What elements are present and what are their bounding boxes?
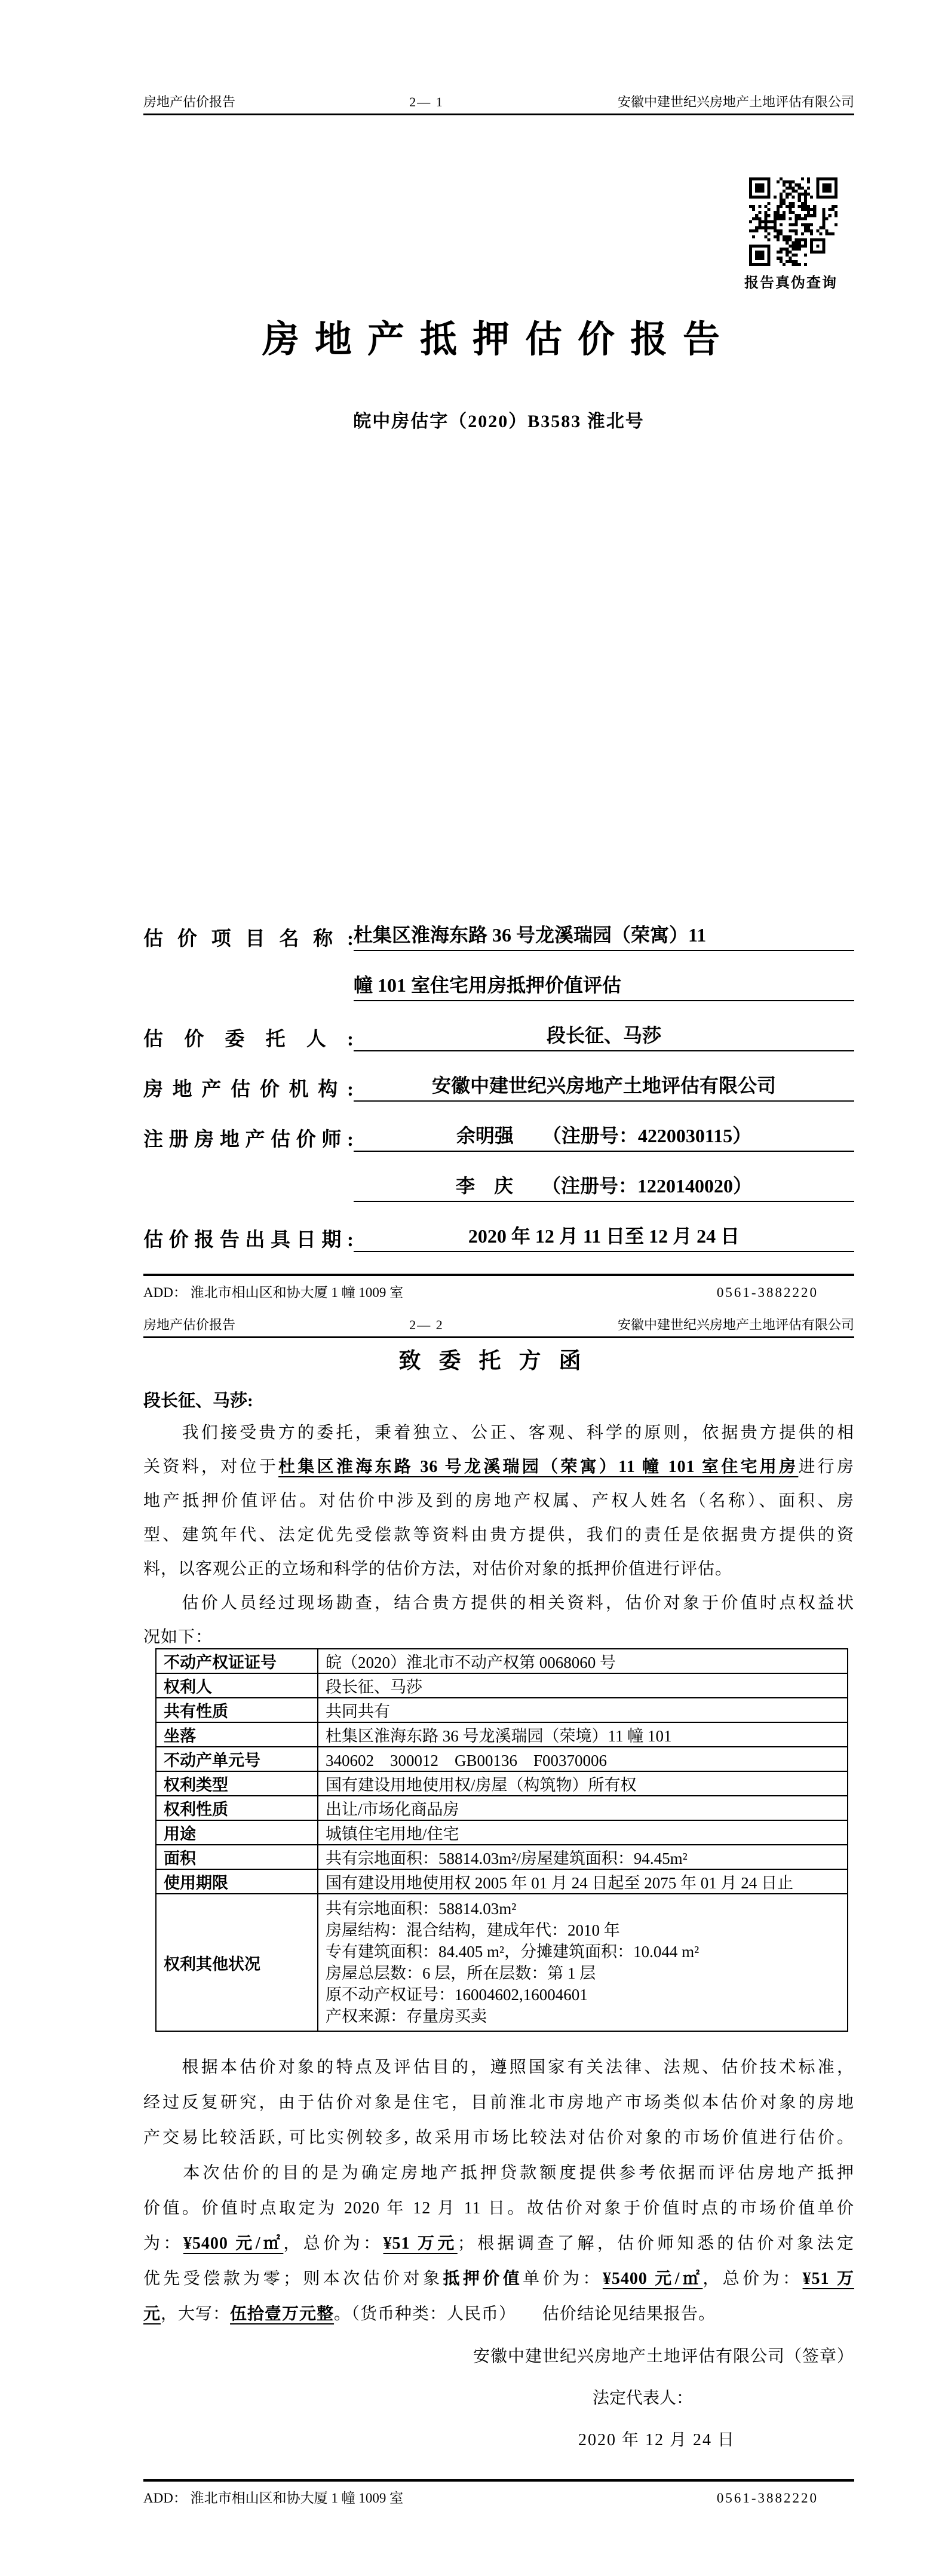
text-segment: 抵押价值 — [443, 2270, 523, 2288]
text-segment: ；根据调查了解，估价师知悉的估价对象法定 — [458, 2234, 854, 2253]
project-value-line2: 幢 101 室住宅用房抵押价值评估 — [354, 970, 854, 1001]
report-document: 房地产估价报告 2— 1 安徽中建世纪兴房地产土地评估有限公司 报告真伪查询 房… — [0, 0, 948, 2576]
letter-title: 致委托方函 — [143, 1349, 854, 1374]
row-value: 杜集区淮海东路 36 号龙溪瑞园（荣境）11 幢 101 — [318, 1722, 848, 1747]
agency-value: 安徽中建世纪兴房地产土地评估有限公司 — [354, 1071, 854, 1102]
text-segment: 伍拾壹万元整 — [230, 2305, 334, 2323]
table-row: 面积 共有宗地面积：58814.03m²/房屋建筑面积：94.45m² — [156, 1845, 848, 1869]
text-segment: ，总价为： — [283, 2234, 383, 2253]
footer-address: ADD： 淮北市相山区和协大厦 1 幢 1009 室 — [143, 1284, 403, 1301]
text-segment: 料，以客观公正的立场和科学的估价方法，对估价对象的抵押价值进行评估。 — [143, 1560, 732, 1578]
header-page-number: 2— 1 — [409, 93, 444, 111]
text-segment: 产交易比较活跃, 可比实例较多, 故采用市场比较法对估价对象的市场价值进行估价。 — [143, 2129, 854, 2147]
page1-header: 房地产估价报告 2— 1 安徽中建世纪兴房地产土地评估有限公司 — [143, 93, 854, 115]
row-label: 权利其他状况 — [156, 1894, 318, 2031]
form-row-appraiser1: 注册房地产估价师: 余明强 （注册号：4220030115） — [143, 1123, 854, 1152]
row-label: 权利类型 — [156, 1771, 318, 1796]
form-row-date: 估价报告出具日期: 2020 年 12 月 11 日至 12 月 24 日 — [143, 1223, 854, 1252]
row-label: 使用期限 — [156, 1869, 318, 1894]
text-segment: 。（货币种类：人民币） 估价结论见结果报告。 — [334, 2305, 716, 2323]
property-rights-table: 不动产权证证号 皖（2020）淮北市不动产权第 0068060 号 权利人 段长… — [155, 1648, 848, 2032]
page1-footer: ADD： 淮北市相山区和协大厦 1 幢 1009 室 0561-3882220 — [143, 1274, 854, 1301]
report-date-value: 2020 年 12 月 11 日至 12 月 24 日 — [354, 1221, 854, 1252]
table-row: 坐落 杜集区淮海东路 36 号龙溪瑞园（荣境）11 幢 101 — [156, 1722, 848, 1747]
project-value-line1: 杜集区淮海东路 36 号龙溪瑞园（荣寓）11 — [354, 920, 854, 951]
text-segment: 根据本估价对象的特点及评估目的，遵照国家有关法律、法规、估价技术标准， — [143, 2058, 854, 2077]
text-segment: ¥51 万 — [803, 2270, 854, 2288]
appraiser-label: 注册房地产估价师: — [143, 1124, 354, 1152]
row-value-multiline: 共有宗地面积：58814.03m²房屋结构：混合结构，建成年代：2010 年专有… — [318, 1894, 848, 2031]
report-date-label: 估价报告出具日期: — [143, 1224, 354, 1252]
text-line: 料，以客观公正的立场和科学的估价方法，对估价对象的抵押价值进行评估。 — [143, 1552, 854, 1586]
table-row-other-rights: 权利其他状况 共有宗地面积：58814.03m²房屋结构：混合结构，建成年代：2… — [156, 1894, 848, 2031]
page-content: 房地产估价报告 2— 1 安徽中建世纪兴房地产土地评估有限公司 报告真伪查询 房… — [143, 0, 854, 2506]
text-line: 房屋结构：混合结构，建成年代：2010 年 — [326, 1919, 840, 1941]
row-label: 共有性质 — [156, 1698, 318, 1722]
text-line: 产交易比较活跃, 可比实例较多, 故采用市场比较法对估价对象的市场价值进行估价。 — [143, 2120, 854, 2155]
row-value: 段长征、马莎 — [318, 1673, 848, 1698]
row-value: 皖（2020）淮北市不动产权第 0068060 号 — [318, 1649, 848, 1673]
row-value: 出让/市场化商品房 — [318, 1796, 848, 1820]
text-line: 产权来源：存量房买卖 — [326, 2005, 840, 2027]
table-row: 不动产单元号 340602 300012 GB00136 F00370006 — [156, 1747, 848, 1771]
text-segment: 经过反复研究，由于估价对象是住宅，目前淮北市房地产市场类似本估价对象的房地 — [143, 2093, 854, 2112]
row-label: 权利人 — [156, 1673, 318, 1698]
table-row: 权利人 段长征、马莎 — [156, 1673, 848, 1698]
row-label: 不动产单元号 — [156, 1747, 318, 1771]
page2-header: 房地产估价报告 2— 2 安徽中建世纪兴房地产土地评估有限公司 — [143, 1316, 854, 1338]
form-row-agency: 房地产估价机构: 安徽中建世纪兴房地产土地评估有限公司 — [143, 1073, 854, 1102]
row-value: 城镇住宅用地/住宅 — [318, 1820, 848, 1845]
agency-label: 房地产估价机构: — [143, 1074, 354, 1102]
text-line: 经过反复研究，由于估价对象是住宅，目前淮北市房地产市场类似本估价对象的房地 — [143, 2085, 854, 2120]
letter-paragraph-2: 根据本估价对象的特点及评估目的，遵照国家有关法律、法规、估价技术标准，经过反复研… — [143, 2050, 854, 2332]
header-company-name: 安徽中建世纪兴房地产土地评估有限公司 — [618, 1316, 854, 1334]
text-segment: ¥51 万元 — [384, 2234, 458, 2253]
text-segment: 关资料，对位于 — [143, 1458, 278, 1476]
text-line: 关资料，对位于杜集区淮海东路 36 号龙溪瑞园（荣寓）11 幢 101 室住宅用… — [143, 1450, 854, 1484]
client-value: 段长征、马莎 — [354, 1020, 854, 1051]
letter-addressee: 段长征、马莎: — [143, 1391, 854, 1411]
row-value: 340602 300012 GB00136 F00370006 — [318, 1747, 848, 1771]
row-value: 国有建设用地使用权/房屋（构筑物）所有权 — [318, 1771, 848, 1796]
text-line: 型、建筑年代、法定优先受偿款等资料由贵方提供，我们的责任是依据贵方提供的资 — [143, 1518, 854, 1552]
report-title: 房地产抵押估价报告 — [143, 319, 854, 361]
signature-date: 2020 年 12 月 24 日 — [578, 2428, 854, 2452]
text-segment: ，总价为： — [702, 2270, 802, 2288]
text-line: 本次估价的目的是为确定房地产抵押贷款额度提供参考依据而评估房地产抵押 — [143, 2155, 854, 2191]
header-page-number: 2— 2 — [409, 1316, 444, 1334]
text-line: 元，大写：伍拾壹万元整。（货币种类：人民币） 估价结论见结果报告。 — [143, 2296, 854, 2332]
row-label: 坐落 — [156, 1722, 318, 1747]
report-number: 皖中房估字（2020）B3583 淮北号 — [143, 406, 854, 433]
table-row: 使用期限 国有建设用地使用权 2005 年 01 月 24 日起至 2075 年… — [156, 1869, 848, 1894]
row-label: 不动产权证证号 — [156, 1649, 318, 1673]
text-segment: 型、建筑年代、法定优先受偿款等资料由贵方提供，我们的责任是依据贵方提供的资 — [143, 1526, 854, 1544]
project-label: 估价项目名称: — [143, 923, 354, 951]
text-segment: 进行房 — [798, 1458, 854, 1476]
text-segment: 本次估价的目的是为确定房地产抵押贷款额度提供参考依据而评估房地产抵押 — [143, 2164, 854, 2182]
text-segment: ¥5400 元/㎡ — [603, 2270, 703, 2288]
text-segment: 价值。价值时点取定为 2020 年 12 月 11 日。故估价对象于价值时点的市… — [143, 2199, 854, 2218]
row-label: 权利性质 — [156, 1796, 318, 1820]
form-row-client: 估价委托人: 段长征、马莎 — [143, 1023, 854, 1051]
row-label: 用途 — [156, 1820, 318, 1845]
text-segment: ，大写： — [161, 2305, 230, 2323]
client-label: 估价委托人: — [143, 1023, 354, 1051]
qr-block: 报告真伪查询 — [143, 177, 837, 292]
text-segment: 况如下： — [143, 1628, 213, 1646]
page2-footer: ADD： 淮北市相山区和协大厦 1 幢 1009 室 0561-3882220 — [143, 2479, 854, 2506]
text-line: 估价人员经过现场勘查，结合贵方提供的相关资料，估价对象于价值时点权益状 — [143, 1586, 854, 1620]
table-row: 不动产权证证号 皖（2020）淮北市不动产权第 0068060 号 — [156, 1649, 848, 1673]
appraiser2-value: 李 庆 （注册号：1220140020） — [354, 1171, 854, 1202]
text-segment: 为： — [143, 2234, 183, 2253]
appraiser1-value: 余明强 （注册号：4220030115） — [354, 1121, 854, 1152]
text-line: 根据本估价对象的特点及评估目的，遵照国家有关法律、法规、估价技术标准， — [143, 2050, 854, 2085]
table-row: 权利性质 出让/市场化商品房 — [156, 1796, 848, 1820]
text-segment: 地产抵押价值评估。对估价中涉及到的房地产权属、产权人姓名（名称）、面积、房 — [143, 1492, 854, 1510]
text-segment: 估价人员经过现场勘查，结合贵方提供的相关资料，估价对象于价值时点权益状 — [143, 1594, 854, 1612]
signature-company: 安徽中建世纪兴房地产土地评估有限公司（签章） — [143, 2345, 854, 2369]
footer-phone: 0561-3882220 — [717, 1284, 818, 1301]
row-value: 共有宗地面积：58814.03m²/房屋建筑面积：94.45m² — [318, 1845, 848, 1869]
row-value: 共同共有 — [318, 1698, 848, 1722]
text-line: 我们接受贵方的委托，秉着独立、公正、客观、科学的原则，依据贵方提供的相 — [143, 1416, 854, 1450]
text-line: 原不动产权证号：16004602,16004601 — [326, 1984, 840, 2005]
text-segment: 单价为： — [523, 2270, 603, 2288]
table-row: 共有性质 共同共有 — [156, 1698, 848, 1722]
header-doc-title: 房地产估价报告 — [143, 93, 235, 111]
cover-form: 估价项目名称: 杜集区淮海东路 36 号龙溪瑞园（荣寓）11 幢 101 室住宅… — [143, 922, 854, 1252]
table-row: 权利类型 国有建设用地使用权/房屋（构筑物）所有权 — [156, 1771, 848, 1796]
letter-paragraph-1: 我们接受贵方的委托，秉着独立、公正、客观、科学的原则，依据贵方提供的相关资料，对… — [143, 1416, 854, 1654]
row-value: 国有建设用地使用权 2005 年 01 月 24 日起至 2075 年 01 月… — [318, 1869, 848, 1894]
text-line: 共有宗地面积：58814.03m² — [326, 1898, 840, 1919]
text-segment: 杜集区淮海东路 36 号龙溪瑞园（荣寓）11 幢 101 室住宅用房 — [278, 1458, 798, 1476]
text-line: 地产抵押价值评估。对估价中涉及到的房地产权属、产权人姓名（名称）、面积、房 — [143, 1484, 854, 1518]
qr-caption: 报告真伪查询 — [744, 271, 837, 292]
row-label: 面积 — [156, 1845, 318, 1869]
form-row-project-line2: 幢 101 室住宅用房抵押价值评估 — [143, 973, 854, 1001]
text-line: 优先受偿款为零；则本次估价对象抵押价值单价为：¥5400 元/㎡，总价为：¥51… — [143, 2261, 854, 2296]
form-row-appraiser2: 李 庆 （注册号：1220140020） — [143, 1173, 854, 1202]
form-row-project: 估价项目名称: 杜集区淮海东路 36 号龙溪瑞园（荣寓）11 — [143, 922, 854, 951]
text-line: 为：¥5400 元/㎡，总价为：¥51 万元；根据调查了解，估价师知悉的估价对象… — [143, 2226, 854, 2261]
text-segment: 我们接受贵方的委托，秉着独立、公正、客观、科学的原则，依据贵方提供的相 — [143, 1424, 854, 1442]
qr-code-icon — [749, 177, 837, 266]
table-row: 用途 城镇住宅用地/住宅 — [156, 1820, 848, 1845]
header-company-name: 安徽中建世纪兴房地产土地评估有限公司 — [618, 93, 854, 111]
footer-address: ADD： 淮北市相山区和协大厦 1 幢 1009 室 — [143, 2490, 403, 2506]
text-segment: 元 — [143, 2305, 161, 2323]
header-doc-title: 房地产估价报告 — [143, 1316, 235, 1334]
text-line: 价值。价值时点取定为 2020 年 12 月 11 日。故估价对象于价值时点的市… — [143, 2191, 854, 2226]
text-segment: ¥5400 元/㎡ — [183, 2234, 284, 2253]
text-line: 房屋总层数：6 层，所在层数：第 1 层 — [326, 1962, 840, 1984]
signature-legal-representative: 法定代表人： — [593, 2387, 854, 2411]
text-line: 专有建筑面积：84.405 m²，分摊建筑面积：10.044 m² — [326, 1941, 840, 1962]
footer-phone: 0561-3882220 — [717, 2490, 818, 2506]
text-segment: 优先受偿款为零；则本次估价对象 — [143, 2270, 443, 2288]
